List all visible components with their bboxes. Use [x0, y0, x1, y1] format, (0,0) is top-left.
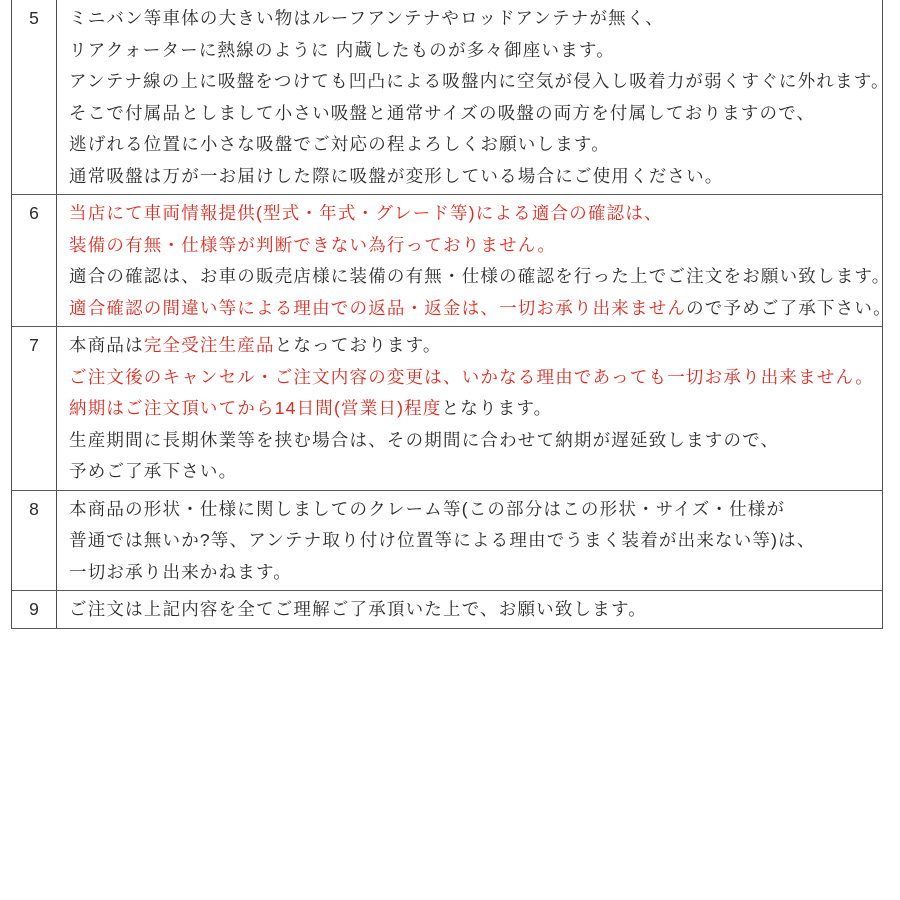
text-line: そこで付属品としまして小さい吸盤と通常サイズの吸盤の両方を付属しておりますので、	[69, 98, 880, 130]
row-text-cell: 本商品は完全受注生産品となっております。ご注文後のキャンセル・ご注文内容の変更は…	[57, 327, 882, 490]
text-segment: となっております。	[275, 335, 442, 355]
text-segment: そこで付属品としまして小さい吸盤と通常サイズの吸盤の両方を付属しておりますので、	[69, 103, 815, 123]
text-segment: 生産期間に長期休業等を挟む場合は、その期間に合わせて納期が遅延致しますので、	[69, 430, 779, 450]
text-line: 通常吸盤は万が一お届けした際に吸盤が変形している場合にご使用ください。	[69, 161, 880, 193]
text-line: 生産期間に長期休業等を挟む場合は、その期間に合わせて納期が遅延致しますので、	[69, 425, 880, 457]
row-text-cell: ご注文は上記内容を全てご理解ご了承頂いた上で、お願い致します。	[57, 591, 882, 628]
text-line: 本商品の形状・仕様に関しましてのクレーム等(この部分はこの形状・サイズ・仕様が	[69, 494, 880, 526]
text-segment: リアクォーターに熱線のように 内蔵したものが多々御座います。	[69, 40, 615, 60]
text-segment: 逃げれる位置に小さな吸盤でご対応の程よろしくお願いします。	[69, 134, 610, 154]
text-line: 当店にて車両情報提供(型式・年式・グレード等)による適合の確認は、	[69, 198, 880, 230]
text-line: ご注文は上記内容を全てご理解ご了承頂いた上で、お願い致します。	[69, 594, 880, 626]
text-line: 予めご了承下さい。	[69, 456, 880, 488]
text-line: 装備の有無・仕様等が判断できない為行っておりません。	[69, 230, 880, 262]
row-text-cell: ミニバン等車体の大きい物はルーフアンテナやロッドアンテナが無く、リアクォーターに…	[57, 0, 882, 194]
text-line: ご注文後のキャンセル・ご注文内容の変更は、いかなる理由であっても一切お承り出来ま…	[69, 362, 880, 394]
text-segment-red: 装備の有無・仕様等が判断できない為行っておりません。	[69, 235, 556, 255]
table-row: 5ミニバン等車体の大きい物はルーフアンテナやロッドアンテナが無く、リアクォーター…	[12, 0, 882, 195]
text-segment-red: 完全受注生産品	[144, 335, 275, 355]
text-segment-red: 納期はご注文頂いてから14日間(営業日)程度	[69, 398, 442, 418]
table-row: 8本商品の形状・仕様に関しましてのクレーム等(この部分はこの形状・サイズ・仕様が…	[12, 491, 882, 592]
row-number: 5	[12, 0, 57, 194]
text-line: 一切お承り出来かねます。	[69, 557, 880, 589]
text-line: 適合の確認は、お車の販売店様に装備の有無・仕様の確認を行った上でご注文をお願い致…	[69, 261, 880, 293]
text-segment: 予めご了承下さい。	[69, 461, 237, 481]
text-segment: 本商品の形状・仕様に関しましてのクレーム等(この部分はこの形状・サイズ・仕様が	[69, 499, 785, 519]
row-number: 9	[12, 591, 57, 628]
terms-table: 5ミニバン等車体の大きい物はルーフアンテナやロッドアンテナが無く、リアクォーター…	[11, 0, 883, 629]
table-row: 7本商品は完全受注生産品となっております。ご注文後のキャンセル・ご注文内容の変更…	[12, 327, 882, 491]
text-segment: 一切お承り出来かねます。	[69, 562, 292, 582]
row-number: 7	[12, 327, 57, 490]
row-number: 8	[12, 491, 57, 591]
text-segment: 本商品は	[69, 335, 144, 355]
table-row: 6当店にて車両情報提供(型式・年式・グレード等)による適合の確認は、装備の有無・…	[12, 195, 882, 327]
text-segment-red: 当店にて車両情報提供(型式・年式・グレード等)による適合の確認は、	[69, 203, 663, 223]
text-line: ミニバン等車体の大きい物はルーフアンテナやロッドアンテナが無く、	[69, 3, 880, 35]
text-segment-red: 適合確認の間違い等による理由での返品・返金は、一切お承り出来ません	[69, 298, 686, 318]
text-line: 普通では無いか?等、アンテナ取り付け位置等による理由でうまく装着が出来ない等)は…	[69, 525, 880, 557]
text-line: リアクォーターに熱線のように 内蔵したものが多々御座います。	[69, 35, 880, 67]
text-line: 適合確認の間違い等による理由での返品・返金は、一切お承り出来ませんので予めご了承…	[69, 293, 880, 325]
table-row: 9ご注文は上記内容を全てご理解ご了承頂いた上で、お願い致します。	[12, 591, 882, 628]
text-segment: ので予めご了承下さい。	[686, 298, 882, 318]
text-segment-red: ご注文後のキャンセル・ご注文内容の変更は、いかなる理由であっても一切お承り出来ま…	[69, 367, 874, 387]
row-text-cell: 本商品の形状・仕様に関しましてのクレーム等(この部分はこの形状・サイズ・仕様が普…	[57, 491, 882, 591]
text-segment: 適合の確認は、お車の販売店様に装備の有無・仕様の確認を行った上でご注文をお願い致…	[69, 266, 882, 286]
text-segment: ご注文は上記内容を全てご理解ご了承頂いた上で、お願い致します。	[69, 599, 647, 619]
text-segment: 通常吸盤は万が一お届けした際に吸盤が変形している場合にご使用ください。	[69, 166, 724, 186]
text-line: アンテナ線の上に吸盤をつけても凹凸による吸盤内に空気が侵入し吸着力が弱くすぐに外…	[69, 66, 880, 98]
text-line: 逃げれる位置に小さな吸盤でご対応の程よろしくお願いします。	[69, 129, 880, 161]
text-line: 納期はご注文頂いてから14日間(営業日)程度となります。	[69, 393, 880, 425]
row-number: 6	[12, 195, 57, 326]
text-segment: 普通では無いか?等、アンテナ取り付け位置等による理由でうまく装着が出来ない等)は…	[69, 530, 816, 550]
row-text-cell: 当店にて車両情報提供(型式・年式・グレード等)による適合の確認は、装備の有無・仕…	[57, 195, 882, 326]
text-segment: アンテナ線の上に吸盤をつけても凹凸による吸盤内に空気が侵入し吸着力が弱くすぐに外…	[69, 71, 882, 91]
text-segment: となります。	[442, 398, 553, 418]
text-line: 本商品は完全受注生産品となっております。	[69, 330, 880, 362]
text-segment: ミニバン等車体の大きい物はルーフアンテナやロッドアンテナが無く、	[69, 8, 664, 28]
